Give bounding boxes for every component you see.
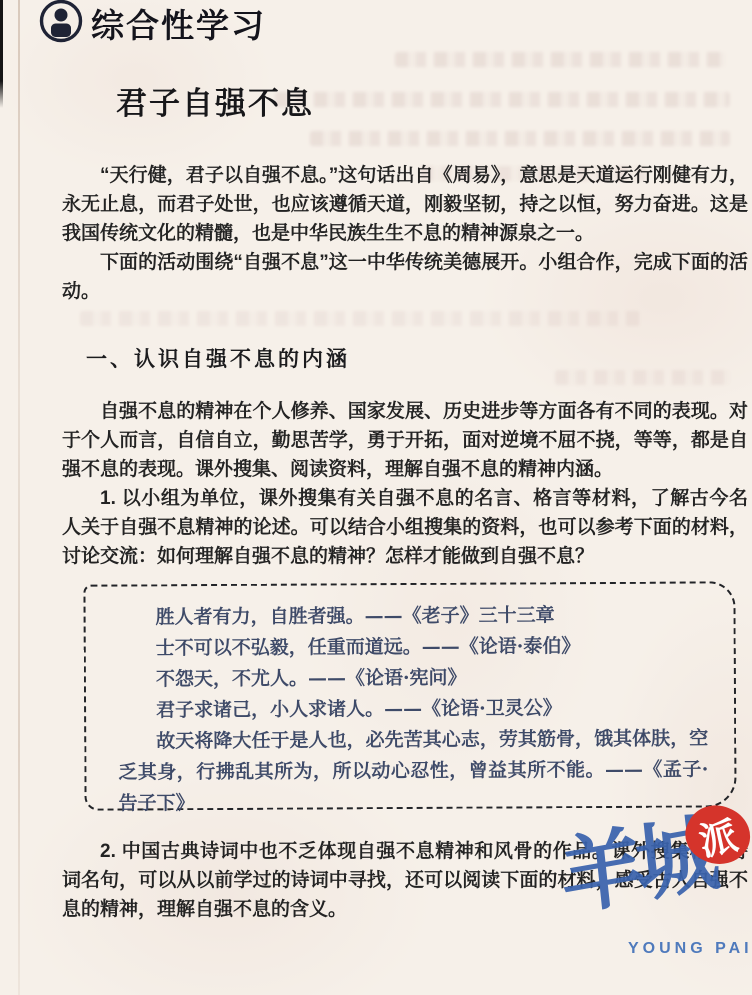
section-paragraph: 自强不息的精神在个人修养、国家发展、历史进步等方面各有不同的表现。对于个人而言，… [62, 397, 748, 484]
watermark-subtitle: YOUNG PAI [628, 940, 752, 958]
unit-header-label: 综合性学习 [91, 0, 266, 47]
quote-line: 士不可以不弘毅，任重而道远。——《论语·泰伯》 [118, 630, 708, 664]
bleed-through-text [80, 311, 640, 326]
section-heading: 一、认识自强不息的内涵 [86, 343, 350, 373]
intro-paragraph-1: “天行健，君子以自强不息。”这句话出自《周易》，意思是天道运行刚健有力，永无止息… [62, 161, 748, 248]
page-title: 君子自强不息 [116, 78, 314, 123]
intro-paragraph-2: 下面的活动围绕“自强不息”这一中华传统美德展开。小组合作，完成下面的活动。 [62, 248, 748, 306]
section-paragraph-text: 自强不息的精神在个人修养、国家发展、历史进步等方面各有不同的表现。对于个人而言，… [62, 397, 748, 484]
bleed-through-text [275, 92, 730, 107]
watermark-young-pai: 羊城 派 YOUNG PAI [558, 798, 752, 978]
activity-item-1-text: 1. 以小组为单位，课外搜集有关自强不息的名言、格言等材料，了解古今名人关于自强… [62, 484, 748, 571]
bleed-through-text [395, 52, 725, 67]
textbook-page: 综合性学习 君子自强不息 “天行健，君子以自强不息。”这句话出自《周易》，意思是… [0, 0, 752, 995]
quote-line: 君子求诸己，小人求诸人。——《论语·卫灵公》 [118, 692, 708, 726]
quote-box: 胜人者有力，自胜者强。——《老子》三十三章 士不可以不弘毅，任重而道远。——《论… [83, 581, 736, 810]
watermark-seal-character: 派 [694, 804, 743, 866]
quote-line: 胜人者有力，自胜者强。——《老子》三十三章 [118, 599, 708, 633]
scan-edge-dark-bar [0, 0, 3, 108]
activity-item-1: 1. 以小组为单位，课外搜集有关自强不息的名言、格言等材料，了解古今名人关于自强… [62, 484, 748, 571]
bleed-through-text [555, 370, 730, 385]
person-icon [39, 0, 83, 46]
intro-paragraphs: “天行健，君子以自强不息。”这句话出自《周易》，意思是天道运行刚健有力，永无止息… [62, 161, 748, 306]
quote-line: 不怨天，不尤人。——《论语·宪问》 [118, 661, 708, 695]
bleed-through-text [310, 131, 730, 146]
scan-spine-line [18, 0, 20, 995]
